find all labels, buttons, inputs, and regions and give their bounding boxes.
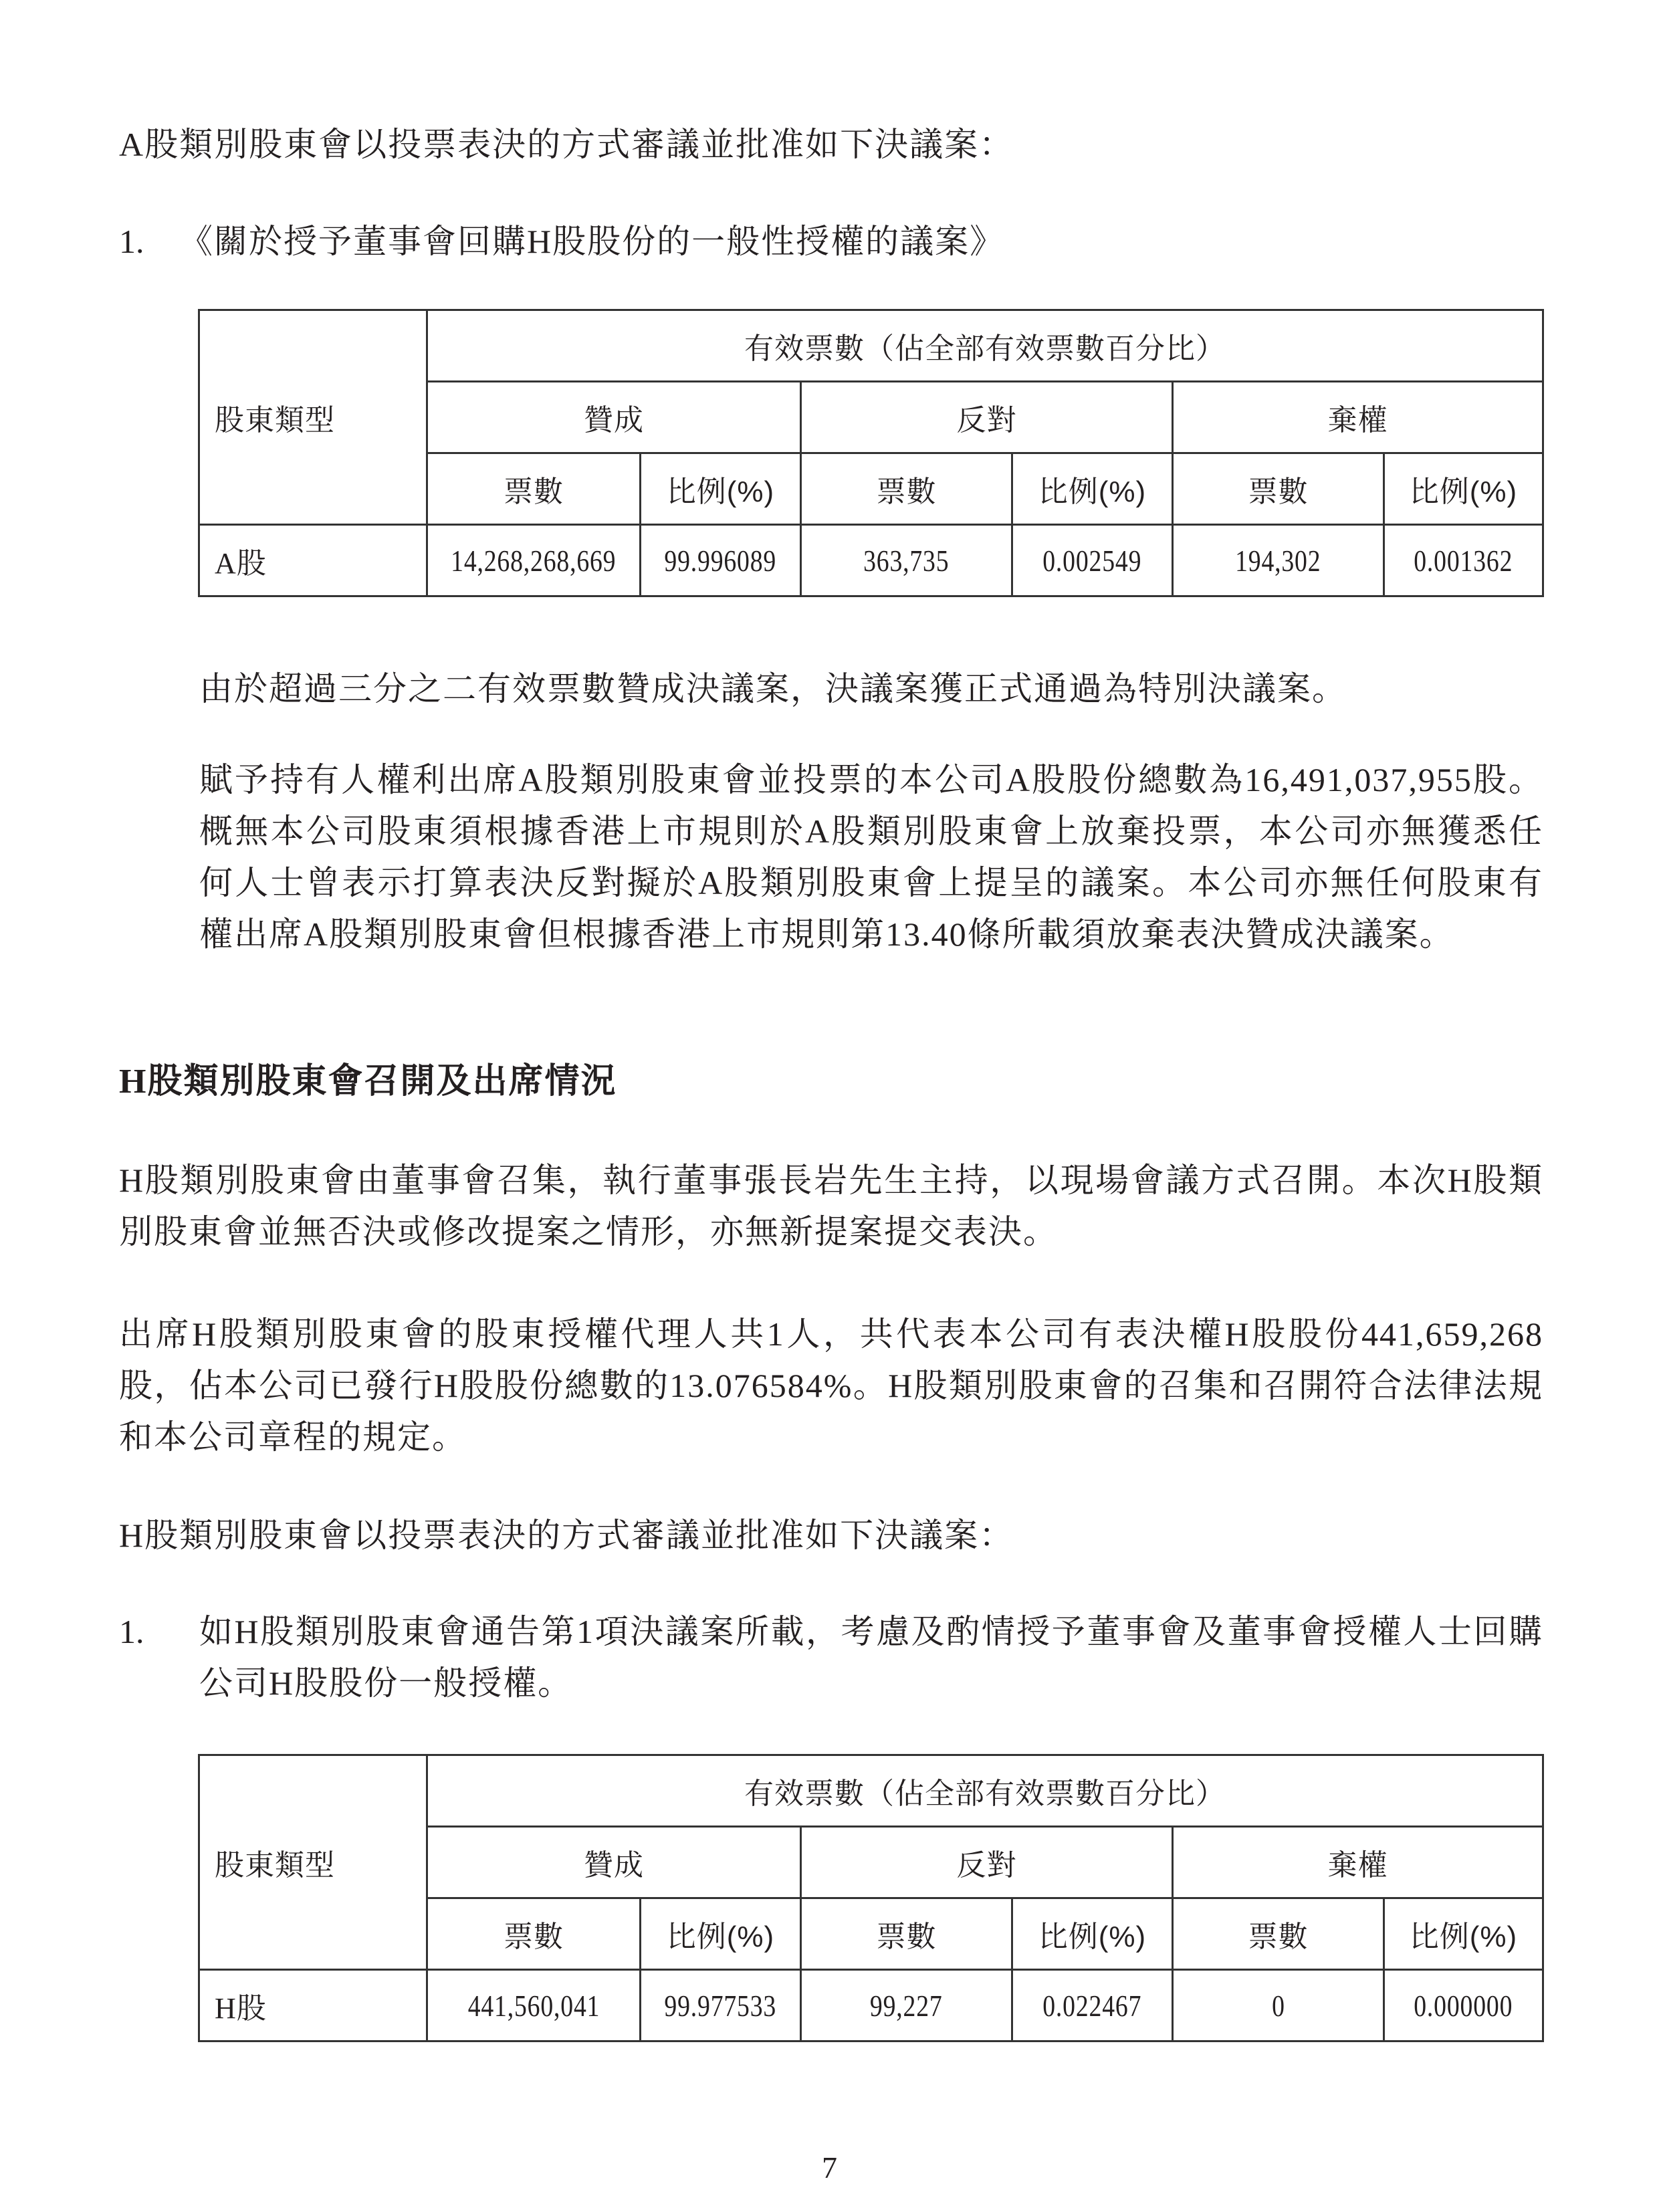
a-entitlement-note: 賦予持有人權利出席A股類別股東會並投票的本公司A股股份總數為16,491,037… xyxy=(199,754,1543,960)
header-shareholder-type: 股東類型 xyxy=(199,1755,427,1970)
header-against: 反對 xyxy=(801,382,1173,453)
cell-for-votes: 14,268,268,669 xyxy=(427,525,641,596)
cell-for-ratio: 99.996089 xyxy=(641,525,801,596)
h-share-intro: H股類別股東會以投票表決的方式審議並批准如下決議案： xyxy=(119,1510,1543,1561)
header-abstain-votes: 票數 xyxy=(1173,453,1384,525)
cell-abstain-votes: 194,302 xyxy=(1173,525,1384,596)
cell-against-ratio: 0.002549 xyxy=(1012,525,1173,596)
a-passed-note: 由於超過三分之二有效票數贊成決議案，決議案獲正式通過為特別決議案。 xyxy=(199,663,1543,715)
cell-for-ratio: 99.977533 xyxy=(641,1970,801,2041)
header-for: 贊成 xyxy=(427,1827,801,1898)
h-section-heading: H股類別股東會召開及出席情況 xyxy=(119,1059,617,1105)
header-abstain-ratio: 比例(%) xyxy=(1384,453,1543,525)
header-shareholder-type: 股東類型 xyxy=(199,310,427,525)
header-for-votes: 票數 xyxy=(427,1898,641,1970)
header-against-votes: 票數 xyxy=(801,1898,1012,1970)
cell-abstain-votes: 0 xyxy=(1173,1970,1384,2041)
cell-against-ratio: 0.022467 xyxy=(1012,1970,1173,2041)
a-share-intro: A股類別股東會以投票表決的方式審議並批准如下決議案： xyxy=(119,119,1550,171)
table-row: A股 14,268,268,669 99.996089 363,735 0.00… xyxy=(199,525,1543,596)
header-for-votes: 票數 xyxy=(427,453,641,525)
h-resolution-title: 如H股類別股東會通告第1項決議案所載，考慮及酌情授予董事會及董事會授權人士回購公… xyxy=(199,1606,1543,1709)
cell-share-type: A股 xyxy=(199,525,427,596)
a-resolution-title: 《關於授予董事會回購H股股份的一般性授權的議案》 xyxy=(179,216,1543,267)
h-resolution-number: 1. xyxy=(119,1606,144,1658)
header-abstain: 棄權 xyxy=(1173,382,1543,453)
header-valid-votes: 有效票數（佔全部有效票數百分比） xyxy=(427,310,1543,382)
cell-against-votes: 363,735 xyxy=(801,525,1012,596)
header-abstain-votes: 票數 xyxy=(1173,1898,1384,1970)
header-for-ratio: 比例(%) xyxy=(641,453,801,525)
header-valid-votes: 有效票數（佔全部有效票數百分比） xyxy=(427,1755,1543,1827)
header-against-ratio: 比例(%) xyxy=(1012,1898,1173,1970)
cell-against-votes: 99,227 xyxy=(801,1970,1012,2041)
h-attendance-paragraph: 出席H股類別股東會的股東授權代理人共1人，共代表本公司有表決權H股股份441,6… xyxy=(119,1309,1543,1463)
table-row: H股 441,560,041 99.977533 99,227 0.022467… xyxy=(199,1970,1543,2041)
a-share-vote-table: 股東類型 有效票數（佔全部有效票數百分比） 贊成 反對 棄權 票數 比例(%) … xyxy=(198,309,1544,597)
header-abstain: 棄權 xyxy=(1173,1827,1543,1898)
header-against-votes: 票數 xyxy=(801,453,1012,525)
header-against: 反對 xyxy=(801,1827,1173,1898)
header-for: 贊成 xyxy=(427,382,801,453)
page-number: 7 xyxy=(0,2150,1659,2185)
h-convening-paragraph: H股類別股東會由董事會召集，執行董事張長岩先生主持，以現場會議方式召開。本次H股… xyxy=(119,1155,1543,1258)
header-for-ratio: 比例(%) xyxy=(641,1898,801,1970)
a-resolution-number: 1. xyxy=(119,216,144,267)
header-abstain-ratio: 比例(%) xyxy=(1384,1898,1543,1970)
cell-share-type: H股 xyxy=(199,1970,427,2041)
h-share-vote-table: 股東類型 有效票數（佔全部有效票數百分比） 贊成 反對 棄權 票數 比例(%) … xyxy=(198,1754,1544,2042)
cell-abstain-ratio: 0.000000 xyxy=(1384,1970,1543,2041)
cell-for-votes: 441,560,041 xyxy=(427,1970,641,2041)
header-against-ratio: 比例(%) xyxy=(1012,453,1173,525)
cell-abstain-ratio: 0.001362 xyxy=(1384,525,1543,596)
